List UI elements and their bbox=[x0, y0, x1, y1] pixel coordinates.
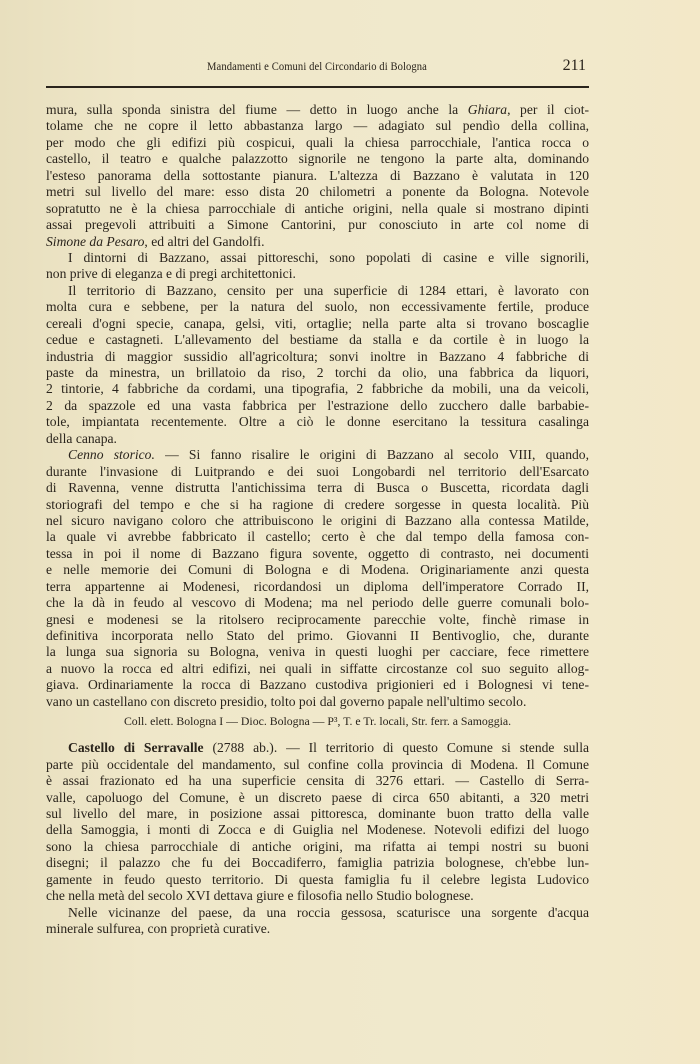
text-line: I dintorni di Bazzano, assai pittoreschi… bbox=[46, 250, 589, 266]
text-line: castello, il teatro e qualche palazzotto… bbox=[46, 151, 589, 167]
text-line: mura, sulla sponda sinistra del fiume — … bbox=[46, 102, 589, 118]
text-line: gamente in feudo questo territorio. Di q… bbox=[46, 872, 589, 888]
running-title: Mandamenti e Comuni del Circondario di B… bbox=[68, 61, 567, 73]
text-line: che la dà in feudo al vescovo di Modena;… bbox=[46, 595, 589, 611]
text-line: sopratutto ne è la chiesa parrocchiale d… bbox=[46, 201, 589, 217]
text-line: 2 tintorie, 4 fabbriche da cordami, una … bbox=[46, 381, 589, 397]
text-line: Nelle vicinanze del paese, da una roccia… bbox=[46, 905, 589, 921]
text-line: minerale sulfurea, con proprietà curativ… bbox=[46, 921, 589, 937]
text-line: definitiva incorporata nello Stato del p… bbox=[46, 628, 589, 644]
text-line: valle, capoluogo del Comune, è un discre… bbox=[46, 790, 589, 806]
text-line: storiografi del tempo e che si ha ragion… bbox=[46, 497, 589, 513]
section-gap bbox=[46, 732, 589, 740]
text-line: e nelle memorie dei Comuni di Bologna e … bbox=[46, 562, 589, 578]
text-line: terra appartenne ai Modenesi, ricordando… bbox=[46, 579, 589, 595]
text-line: molta cura e sebbene, per la natura del … bbox=[46, 299, 589, 315]
text-line: della canapa. bbox=[46, 431, 589, 447]
text-line: disegni; il palazzo che fu dei Boccadife… bbox=[46, 855, 589, 871]
text-line: parte più occidentale del mandamento, su… bbox=[46, 757, 589, 773]
text-line: nel sicuro navigano coloro che attribuis… bbox=[46, 513, 589, 529]
body-text: mura, sulla sponda sinistra del fiume — … bbox=[46, 102, 589, 937]
administrative-note: Coll. elett. Bologna I — Dioc. Bologna —… bbox=[46, 710, 589, 732]
text-line: cedue e castagneti. L'allevamento del be… bbox=[46, 332, 589, 348]
running-head: Mandamenti e Comuni del Circondario di B… bbox=[46, 57, 588, 79]
paragraph-castello-di-serravalle: Castello di Serravalle (2788 ab.). — Il … bbox=[46, 740, 589, 904]
text-line: della Samoggia, i monti di Zocca e di Gu… bbox=[46, 822, 589, 838]
paragraph-cenno-storico: Cenno storico. — Si fanno risalire le or… bbox=[46, 447, 589, 710]
text-line: sul livello del mare, in posizione assai… bbox=[46, 806, 589, 822]
paragraph-sorgente: Nelle vicinanze del paese, da una roccia… bbox=[46, 905, 589, 938]
text-line: durante l'invasione di Luitprando e dei … bbox=[46, 464, 589, 480]
text-line: tole, impiantata recentemente. Oltre a c… bbox=[46, 414, 589, 430]
text-line: è assai frazionato ed ha una superficie … bbox=[46, 773, 589, 789]
text-line: per modo che gli edifizi più cospicui, q… bbox=[46, 135, 589, 151]
italic-term: Cenno storico. bbox=[68, 447, 155, 462]
text-line: cereali d'ogni specie, canapa, gelsi, vi… bbox=[46, 316, 589, 332]
text-line: a nuovo la rocca ed altri edifizi, nei q… bbox=[46, 661, 589, 677]
paragraph-dintorni: I dintorni di Bazzano, assai pittoreschi… bbox=[46, 250, 589, 283]
header-rule bbox=[46, 86, 589, 88]
text-line: l'esteso panorama della sottostante pian… bbox=[46, 168, 589, 184]
page-number: 211 bbox=[563, 57, 586, 75]
italic-term: Ghiara bbox=[468, 102, 507, 117]
text-line: giava. Ordinariamente la rocca di Bazzan… bbox=[46, 677, 589, 693]
text-line: paste da minestra, un brillatoio da riso… bbox=[46, 365, 589, 381]
text-line: vano un castellano con discreto presidio… bbox=[46, 694, 589, 710]
paragraph-territorio: Il territorio di Bazzano, censito per un… bbox=[46, 283, 589, 447]
text-line: che nella metà del secolo XVI dettava gi… bbox=[46, 888, 589, 904]
text-line: sono la chiesa parrocchiale di antiche o… bbox=[46, 839, 589, 855]
text-line: la quale vi avrebbe fabbricato il castel… bbox=[46, 529, 589, 545]
text-line: Castello di Serravalle (2788 ab.). — Il … bbox=[46, 740, 589, 756]
text-line: Simone da Pesaro, ed altri del Gandolfi. bbox=[46, 234, 589, 250]
text-line: 2 da spazzole ed una vasta fabbrica per … bbox=[46, 398, 589, 414]
text-line: assai pregevoli attribuiti a Simone Cant… bbox=[46, 217, 589, 233]
text-line: Il territorio di Bazzano, censito per un… bbox=[46, 283, 589, 299]
text-line: Cenno storico. — Si fanno risalire le or… bbox=[46, 447, 589, 463]
text-line: la lunga sua signoria su Bologna, veniva… bbox=[46, 644, 589, 660]
text-line: industria di maggior sussidio all'agrico… bbox=[46, 349, 589, 365]
paragraph-bazzano-description: mura, sulla sponda sinistra del fiume — … bbox=[46, 102, 589, 250]
section-heading: Castello di Serravalle bbox=[68, 740, 204, 755]
text-line: tessa in poi il nome di Bazzano figura s… bbox=[46, 546, 589, 562]
book-page: Mandamenti e Comuni del Circondario di B… bbox=[0, 0, 700, 1064]
text-line: non prive di eleganza e di pregi archite… bbox=[46, 266, 589, 282]
text-line: gnesi e modenesi se la ritolsero recipro… bbox=[46, 612, 589, 628]
text-line: di Ravenna, venne distrutta l'antichissi… bbox=[46, 480, 589, 496]
text-line: metri sul livello del mare: esso dista 2… bbox=[46, 184, 589, 200]
italic-term: Simone da Pesaro bbox=[46, 234, 144, 249]
text-line: tolame che ne copre il letto abbastanza … bbox=[46, 118, 589, 134]
